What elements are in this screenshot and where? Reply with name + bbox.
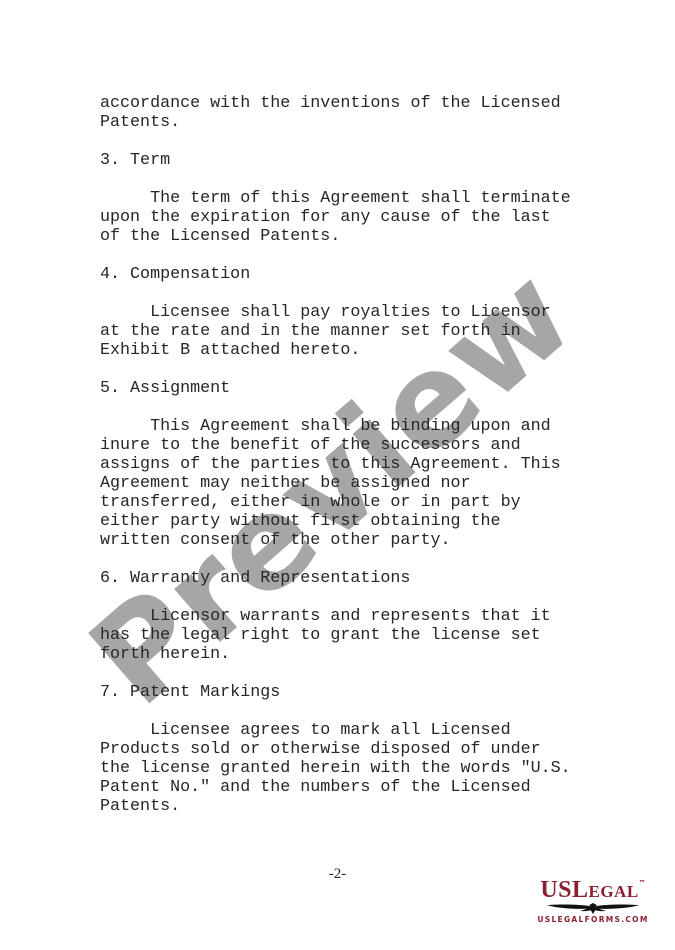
uslegal-logo-text-small: EGAL — [589, 882, 639, 901]
trademark-symbol: ™ — [639, 879, 646, 887]
eagle-wings-icon — [546, 903, 640, 914]
uslegal-logo-text: USLEGAL™ — [523, 872, 663, 904]
document-body-text: accordance with the inventions of the Li… — [100, 94, 571, 816]
uslegal-logo-text-large: USL — [540, 877, 588, 903]
document-preview-page: { "document": { "page_number": "-2-", "b… — [0, 0, 675, 950]
uslegal-logo[interactable]: USLEGAL™ USLEGALFORMS.COM — [523, 872, 663, 924]
uslegal-website-text: USLEGALFORMS.COM — [523, 915, 663, 924]
